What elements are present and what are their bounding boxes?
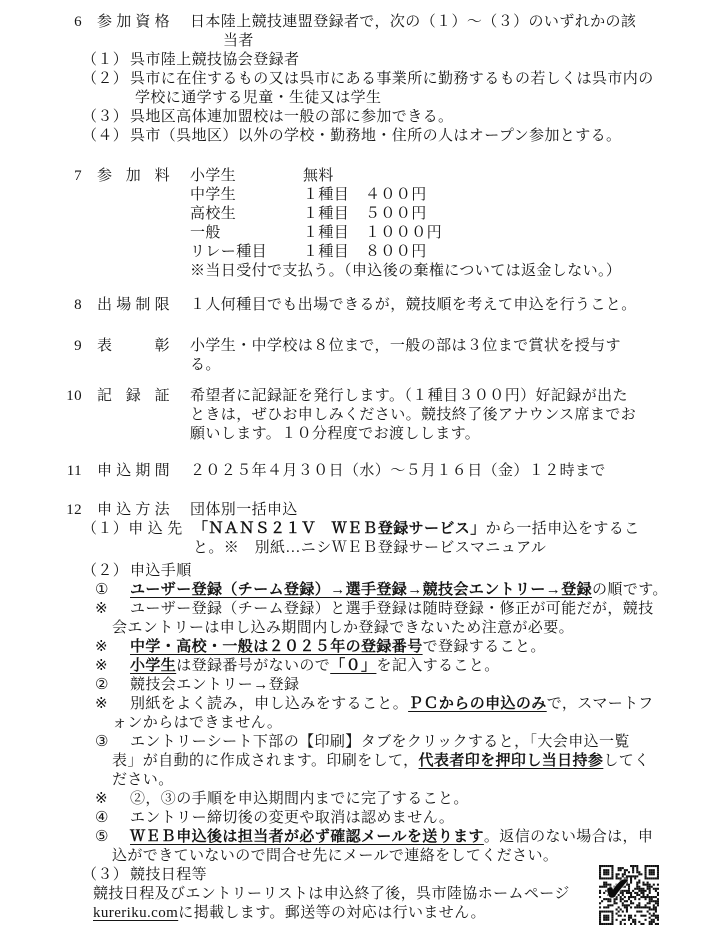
section-number: 9 xyxy=(58,337,82,356)
text-segment: 小学生 xyxy=(130,658,176,674)
text-segment: 団体別一括申込 xyxy=(190,502,298,518)
text-line: ※ユーザー登録（チーム登録）と選手登録は随時登録・修正が可能だが，競技 xyxy=(0,600,724,619)
item-marker: （３） xyxy=(82,866,128,885)
text-segment: １種目 xyxy=(303,224,365,243)
text-line: （４）呉市（呉地区）以外の学校・勤務地・住所の人はオープン参加とする。 xyxy=(0,127,724,146)
text-line: ⑤ＷＥＢ申込後は担当者が必ず確認メールを送ります。返信のない場合は，申 xyxy=(0,828,724,847)
text-line: 高校生１種目５００円 xyxy=(0,205,724,224)
text-line: 願いします。１０分程度でお渡しします。 xyxy=(0,425,724,444)
text-segment: ＰＣからの申込のみ xyxy=(408,696,547,712)
text-line: ※小学生は登録番号がないので「０」を記入すること。 xyxy=(0,657,724,676)
text-line: 中学生１種目４００円 xyxy=(0,186,724,205)
text-segment: １０００円 xyxy=(365,225,442,241)
text-line: （１）呉市陸上競技協会登録者 xyxy=(0,51,724,70)
text-segment: ォンからはできません。 xyxy=(112,715,282,731)
section-label: 参加料 xyxy=(97,167,170,186)
text-line: （２）呉市に在住するもの又は呉市にある事業所に勤務するもの若しくは呉市内の xyxy=(0,70,724,89)
spacer xyxy=(0,444,724,462)
text-line: 会エントリーは申し込み期間内しか登録できないため注意が必要。 xyxy=(0,619,724,638)
text-segment: 競技日程等 xyxy=(130,867,207,883)
section-label: 申込方法 xyxy=(97,501,170,520)
spacer xyxy=(0,146,724,167)
text-segment: 中学生 xyxy=(190,186,303,205)
spacer xyxy=(0,481,724,501)
text-segment: １種目 xyxy=(303,243,365,262)
item-marker: （２） xyxy=(82,70,128,89)
text-segment: ②，③の手順を申込期間内までに完了すること。 xyxy=(130,791,469,807)
text-line: ださい。 xyxy=(0,771,724,790)
text-segment: 呉市陸上競技協会登録者 xyxy=(130,52,299,68)
text-segment: る。 xyxy=(190,357,221,373)
section-number: 12 xyxy=(58,501,82,520)
text-line: ④エントリー締切後の変更や取消は認めません。 xyxy=(0,809,724,828)
text-segment: １種目 xyxy=(303,205,365,224)
section-label: 出場制限 xyxy=(97,296,170,315)
text-segment: 「ＮＡＮＳ２１Ｖ ＷＥＢ登録サービス」 xyxy=(193,521,486,537)
text-line: （１）申 込 先「ＮＡＮＳ２１Ｖ ＷＥＢ登録サービス」から一括申込をするこ xyxy=(0,520,724,539)
item-marker: ※ xyxy=(95,600,108,619)
text-segment: 願いします。１０分程度でお渡しします。 xyxy=(190,426,480,442)
text-segment: 当者 xyxy=(223,33,254,49)
text-segment: 込ができていないので問合せ先にメールで連絡をしてください。 xyxy=(112,848,558,864)
text-segment: 競技日程及びエントリーリストは申込終了後，呉市陸協ホームページ xyxy=(93,886,570,902)
item-marker: （４） xyxy=(82,127,128,146)
text-line: ォンからはできません。 xyxy=(0,714,724,733)
section-label: 表彰 xyxy=(97,337,170,356)
spacer xyxy=(0,281,724,296)
text-segment: 「０」 xyxy=(330,658,376,674)
document-page: 6参加資格日本陸上競技連盟登録者で，次の（１）～（３）のいずれかの該当者（１）呉… xyxy=(0,0,724,935)
text-segment: 表」が自動的に作成されます。印刷をして， xyxy=(112,753,419,769)
section-number: 8 xyxy=(58,296,82,315)
item-marker: （１） xyxy=(82,51,128,70)
text-line: 学校に通学する児童・生徒又は学生 xyxy=(0,89,724,108)
text-segment: 代表者印を押印し当日持参 xyxy=(419,753,604,769)
text-segment: ４００円 xyxy=(365,187,427,203)
text-segment: ださい。 xyxy=(112,772,174,788)
text-segment: １人何種目でも出場できるが，競技順を考えて申込を行うこと。 xyxy=(190,297,637,313)
section-row: 11申込期間２０２５年４月３０日（水）～５月１６日（金）１２時まで xyxy=(0,462,724,481)
text-segment: 無料 xyxy=(303,168,334,184)
text-segment: エントリーシート下部の【印刷】タブをクリックすると，「大会申込一覧 xyxy=(130,734,630,750)
item-marker: ⑤ xyxy=(95,828,109,847)
spacer xyxy=(0,315,724,337)
text-line: ③エントリーシート下部の【印刷】タブをクリックすると，「大会申込一覧 xyxy=(0,733,724,752)
text-segment: 中学・高校・一般は２０２５年の登録番号 xyxy=(130,639,423,655)
text-segment: ８００円 xyxy=(365,244,427,260)
text-segment: 高校生 xyxy=(190,205,303,224)
section-number: 6 xyxy=(58,13,82,32)
section-row: 6参加資格日本陸上競技連盟登録者で，次の（１）～（３）のいずれかの該 xyxy=(0,13,724,32)
text-segment: と。※ 別紙…ニシＷＥＢ登録サービスマニュアル xyxy=(193,540,546,556)
section-row: 7参加料小学生無料 xyxy=(0,167,724,186)
item-marker: ② xyxy=(95,676,109,695)
text-segment: １種目 xyxy=(303,186,365,205)
text-segment: 。返信のない場合は，申 xyxy=(484,829,653,845)
section-row: 9表彰小学生・中学校は８位まで，一般の部は３位まで賞状を授与す xyxy=(0,337,724,356)
item-marker: ※ xyxy=(95,790,108,809)
text-line: ※②，③の手順を申込期間内までに完了すること。 xyxy=(0,790,724,809)
text-line: ①ユーザー登録（チーム登録）→選手登録→競技会エントリー→登録の順です。 xyxy=(0,581,724,600)
checkmark-icon: ✔ xyxy=(604,873,631,905)
text-segment: 呉市に在住するもの又は呉市にある事業所に勤務するもの若しくは呉市内の xyxy=(130,71,654,87)
text-line: る。 xyxy=(0,356,724,375)
section-label: 参加資格 xyxy=(97,13,170,32)
text-segment: ときは，ぜひお申しみください。競技終了後アナウンス席までお xyxy=(190,407,636,423)
text-line: ②競技会エントリー→登録 xyxy=(0,676,724,695)
text-segment: 別紙をよく読み，申し込みをすること。 xyxy=(130,696,408,712)
text-segment: ※当日受付で支払う。（申込後の棄権については返金しない。） xyxy=(190,263,621,279)
item-marker: ① xyxy=(95,581,109,600)
text-segment: 競技会エントリー→登録 xyxy=(130,677,299,693)
section-row: 8出場制限１人何種目でも出場できるが，競技順を考えて申込を行うこと。 xyxy=(0,296,724,315)
text-segment: ５００円 xyxy=(365,206,427,222)
text-segment: 小学生 xyxy=(190,167,303,186)
text-line: ※中学・高校・一般は２０２５年の登録番号で登録すること。 xyxy=(0,638,724,657)
text-segment: エントリー締切後の変更や取消は認めません。 xyxy=(130,810,454,826)
text-line: 当者 xyxy=(0,32,724,51)
section-number: 10 xyxy=(58,387,82,406)
text-segment: 日本陸上競技連盟登録者で，次の（１）～（３）のいずれかの該 xyxy=(190,14,636,30)
item-marker: ④ xyxy=(95,809,109,828)
text-line: ※別紙をよく読み，申し込みをすること。ＰＣからの申込のみで，スマートフ xyxy=(0,695,724,714)
text-line: と。※ 別紙…ニシＷＥＢ登録サービスマニュアル xyxy=(0,539,724,558)
item-marker: ※ xyxy=(95,638,108,657)
item-marker: （３） xyxy=(82,108,128,127)
text-segment: に掲載します。郵送等の対応は行いません。 xyxy=(178,905,486,921)
text-segment: 申込手順 xyxy=(130,563,192,579)
text-line: 込ができていないので問合せ先にメールで連絡をしてください。 xyxy=(0,847,724,866)
text-line: （３）呉地区高体連加盟校は一般の部に参加できる。 xyxy=(0,108,724,127)
text-segment: ＷＥＢ申込後は担当者が必ず確認メールを送ります xyxy=(130,829,484,845)
text-segment: ユーザー登録（チーム登録）と選手登録は随時登録・修正が可能だが，競技 xyxy=(130,601,654,617)
section-row: 12申込方法団体別一括申込 xyxy=(0,501,724,520)
section-row: 10記録証希望者に記録証を発行します。（１種目３００円）好記録が出た xyxy=(0,387,724,406)
document-body: 6参加資格日本陸上競技連盟登録者で，次の（１）～（３）のいずれかの該当者（１）呉… xyxy=(0,0,724,923)
section-number: 7 xyxy=(58,167,82,186)
section-label: 申込期間 xyxy=(97,462,170,481)
text-segment: から一括申込をするこ xyxy=(486,521,640,537)
text-line: リレー種目１種目８００円 xyxy=(0,243,724,262)
text-segment: リレー種目 xyxy=(190,243,303,262)
text-line: ※当日受付で支払う。（申込後の棄権については返金しない。） xyxy=(0,262,724,281)
text-line: 表」が自動的に作成されます。印刷をして，代表者印を押印し当日持参してく xyxy=(0,752,724,771)
text-segment: で，スマートフ xyxy=(547,696,654,712)
section-label: 記録証 xyxy=(97,387,170,406)
qr-code: ✔ xyxy=(599,865,659,925)
text-line: 一般１種目１０００円 xyxy=(0,224,724,243)
item-marker: ※ xyxy=(95,695,108,714)
text-segment: 小学生・中学校は８位まで，一般の部は３位まで賞状を授与す xyxy=(190,338,621,354)
text-segment: 学校に通学する児童・生徒又は学生 xyxy=(135,90,381,106)
text-segment: 呉地区高体連加盟校は一般の部に参加できる。 xyxy=(130,109,453,125)
text-segment: は登録番号がないので xyxy=(176,658,330,674)
text-segment: してく xyxy=(603,753,649,769)
item-marker: （１）申 込 先 xyxy=(82,520,183,539)
item-marker: ※ xyxy=(95,657,108,676)
item-marker: ③ xyxy=(95,733,109,752)
spacer xyxy=(0,375,724,387)
text-segment: ２０２５年４月３０日（水）～５月１６日（金）１２時まで xyxy=(190,463,606,479)
text-segment: の順です。 xyxy=(592,582,668,598)
text-segment: を記入すること。 xyxy=(376,658,499,674)
text-segment: ユーザー登録（チーム登録）→選手登録→競技会エントリー→登録 xyxy=(130,582,592,598)
text-segment: 会エントリーは申し込み期間内しか登録できないため注意が必要。 xyxy=(112,620,574,636)
text-segment: 呉市（呉地区）以外の学校・勤務地・住所の人はオープン参加とする。 xyxy=(130,128,621,144)
text-segment: 希望者に記録証を発行します。（１種目３００円）好記録が出た xyxy=(190,388,628,404)
item-marker: （２） xyxy=(82,562,128,581)
section-number: 11 xyxy=(58,462,82,481)
text-segment: 一般 xyxy=(190,224,303,243)
text-segment: で登録すること。 xyxy=(423,639,546,655)
text-line: ときは，ぜひお申しみください。競技終了後アナウンス席までお xyxy=(0,406,724,425)
text-line: （２）申込手順 xyxy=(0,562,724,581)
text-segment: kureriku.com xyxy=(93,905,178,921)
